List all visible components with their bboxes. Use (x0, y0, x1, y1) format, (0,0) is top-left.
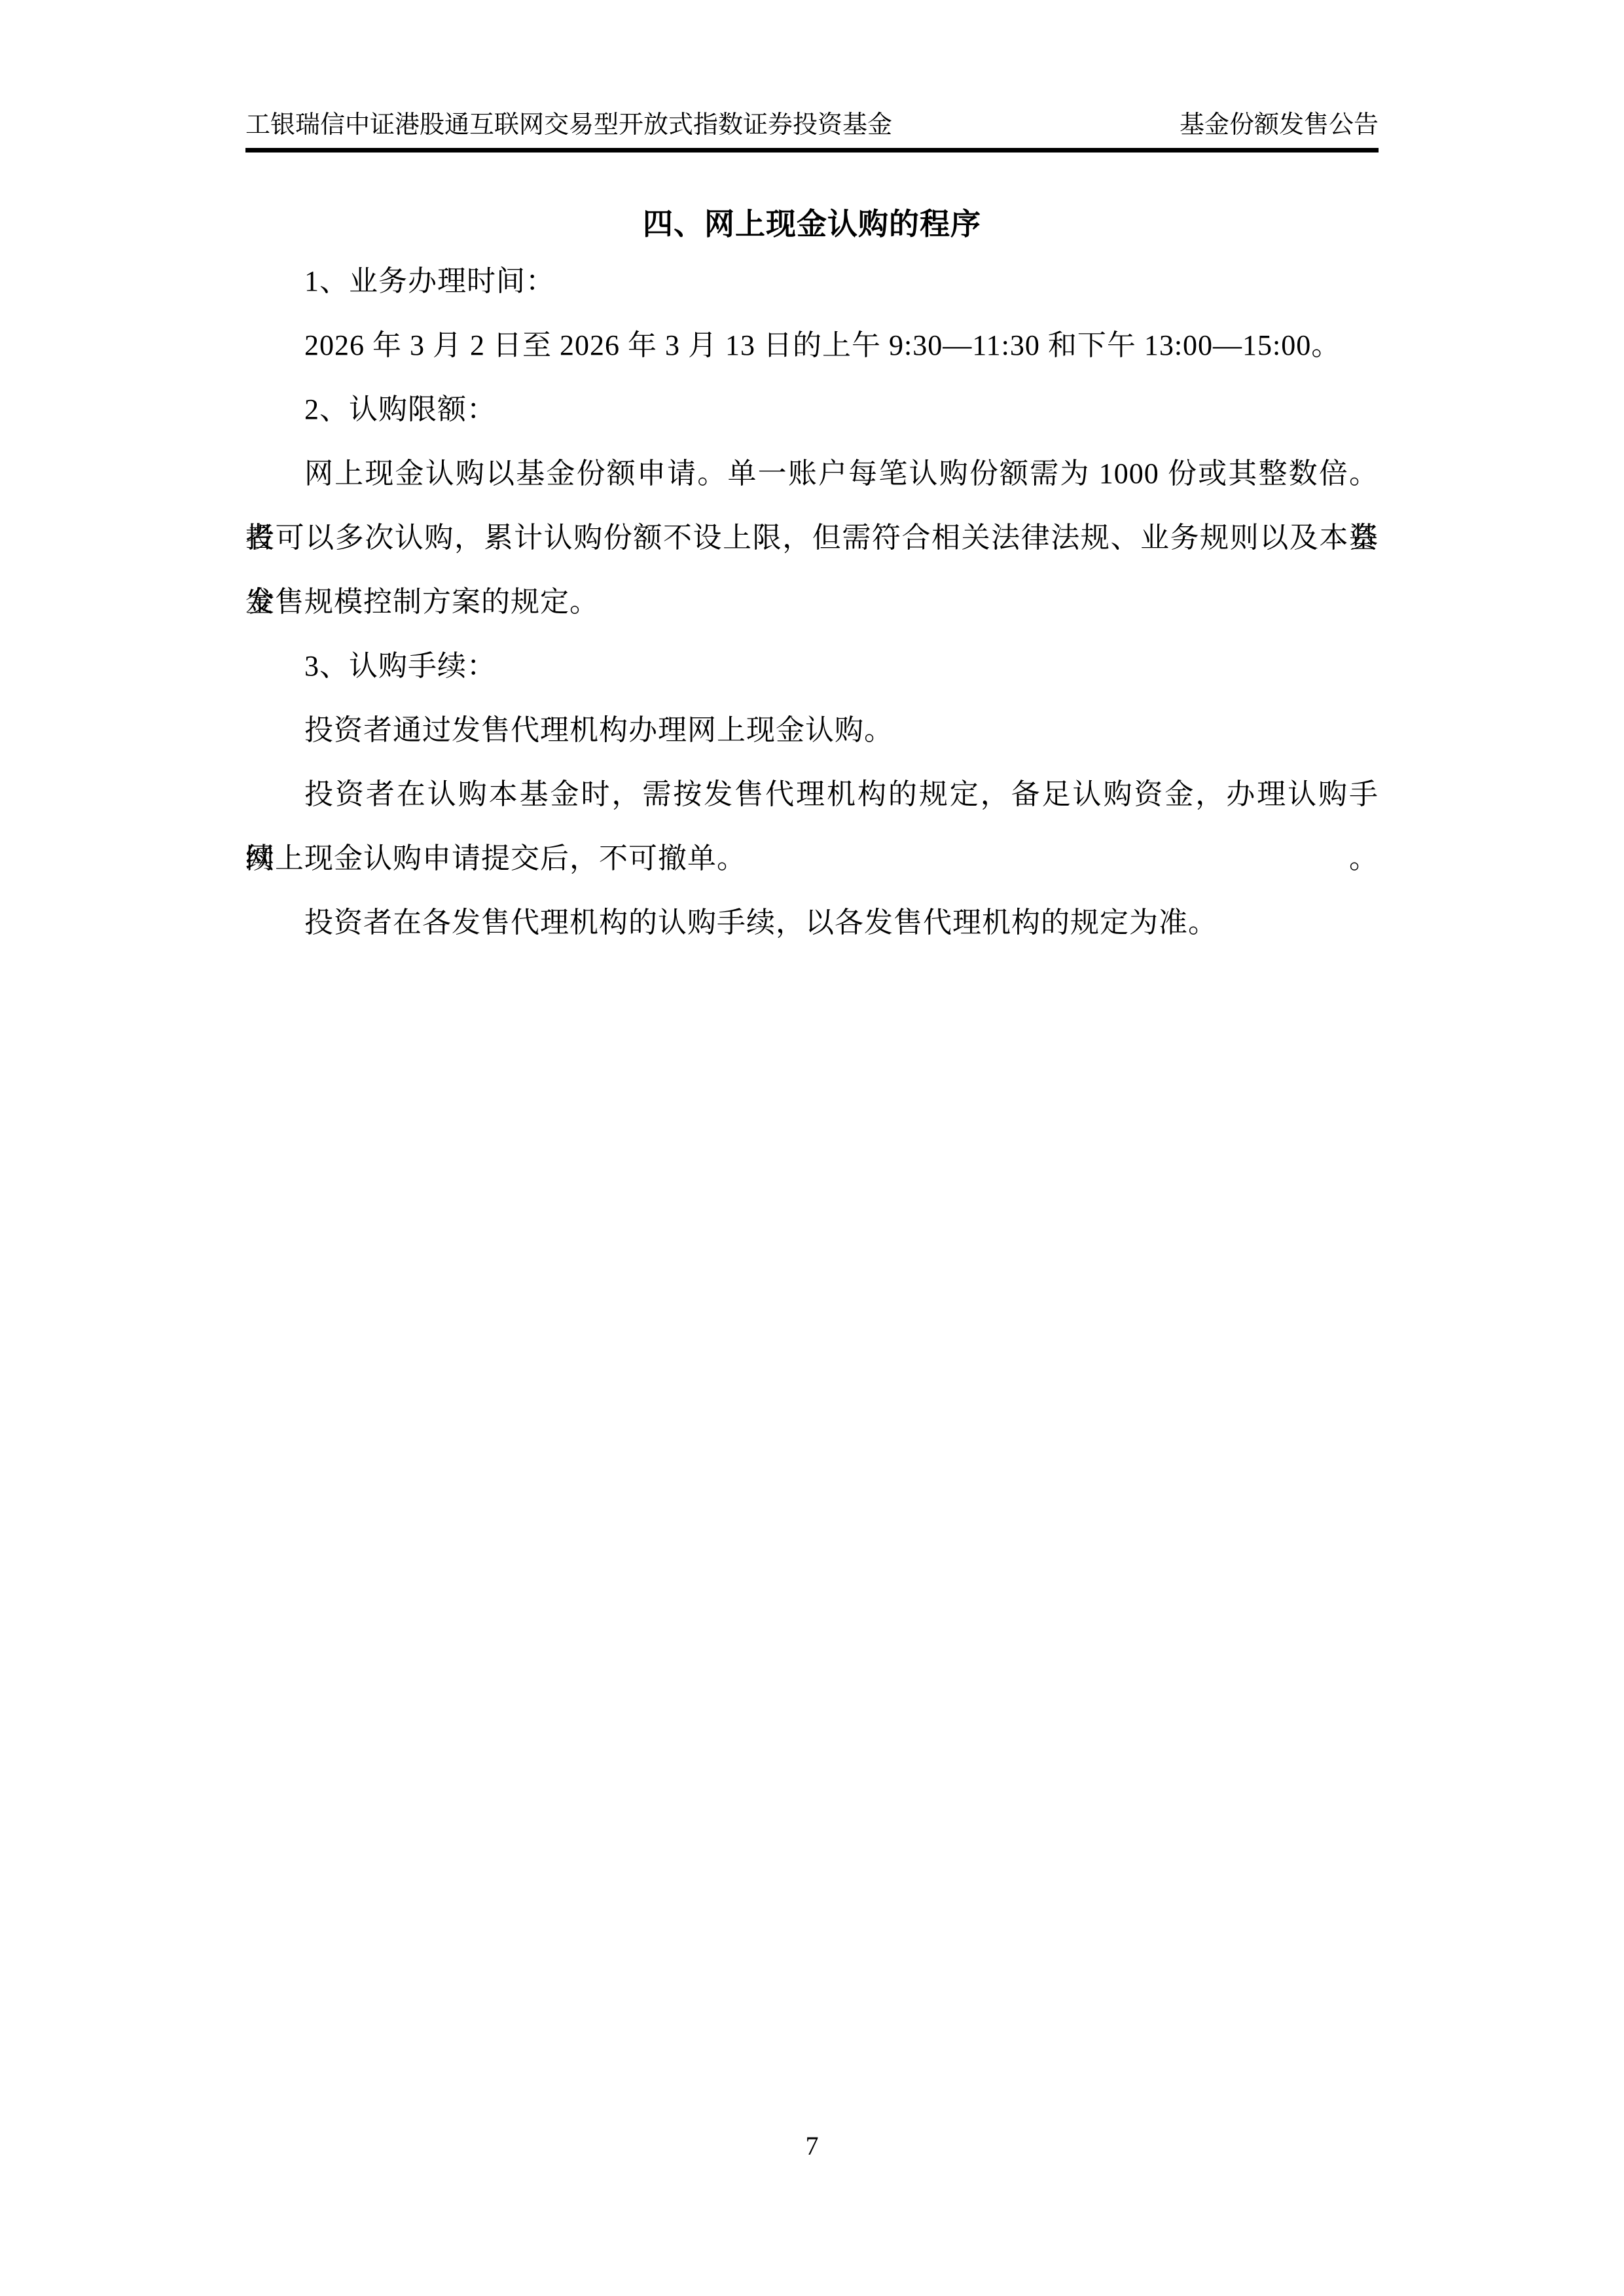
paragraph-line-limit-3: 发售规模控制方案的规定。 (245, 570, 1379, 634)
paragraph-line-business-hours-value: 2026 年 3 月 2 日至 2026 年 3 月 13 日的上午 9:30—… (245, 314, 1379, 378)
paragraph-line-procedure-2: 投资者在认购本基金时，需按发售代理机构的规定，备足认购资金，办理认购手续。 (245, 762, 1379, 827)
section-title: 四、网上现金认购的程序 (245, 200, 1379, 243)
page-header: 工银瑞信中证港股通互联网交易型开放式指数证券投资基金 基金份额发售公告 (245, 110, 1379, 152)
paragraph-line-procedure-1: 投资者通过发售代理机构办理网上现金认购。 (245, 698, 1379, 762)
paragraph-line-procedure-label: 3、认购手续： (245, 634, 1379, 698)
paragraph-line-limit-2: 者可以多次认购，累计认购份额不设上限，但需符合相关法律法规、业务规则以及本基金 (245, 506, 1379, 570)
page-number: 7 (0, 2131, 1624, 2161)
body-text: 1、业务办理时间： 2026 年 3 月 2 日至 2026 年 3 月 13 … (245, 249, 1379, 955)
paragraph-line-limit-1: 网上现金认购以基金份额申请。单一账户每笔认购份额需为 1000 份或其整数倍。投… (245, 442, 1379, 506)
paragraph-line-business-hours-label: 1、业务办理时间： (245, 249, 1379, 314)
document-page: { "header": { "left": "工银瑞信中证港股通互联网交易型开放… (0, 0, 1624, 2296)
header-fund-name: 工银瑞信中证港股通互联网交易型开放式指数证券投资基金 (245, 110, 892, 140)
header-doc-type: 基金份额发售公告 (1180, 110, 1379, 140)
paragraph-line-subscription-limit-label: 2、认购限额： (245, 378, 1379, 442)
paragraph-line-procedure-4: 投资者在各发售代理机构的认购手续，以各发售代理机构的规定为准。 (245, 891, 1379, 955)
